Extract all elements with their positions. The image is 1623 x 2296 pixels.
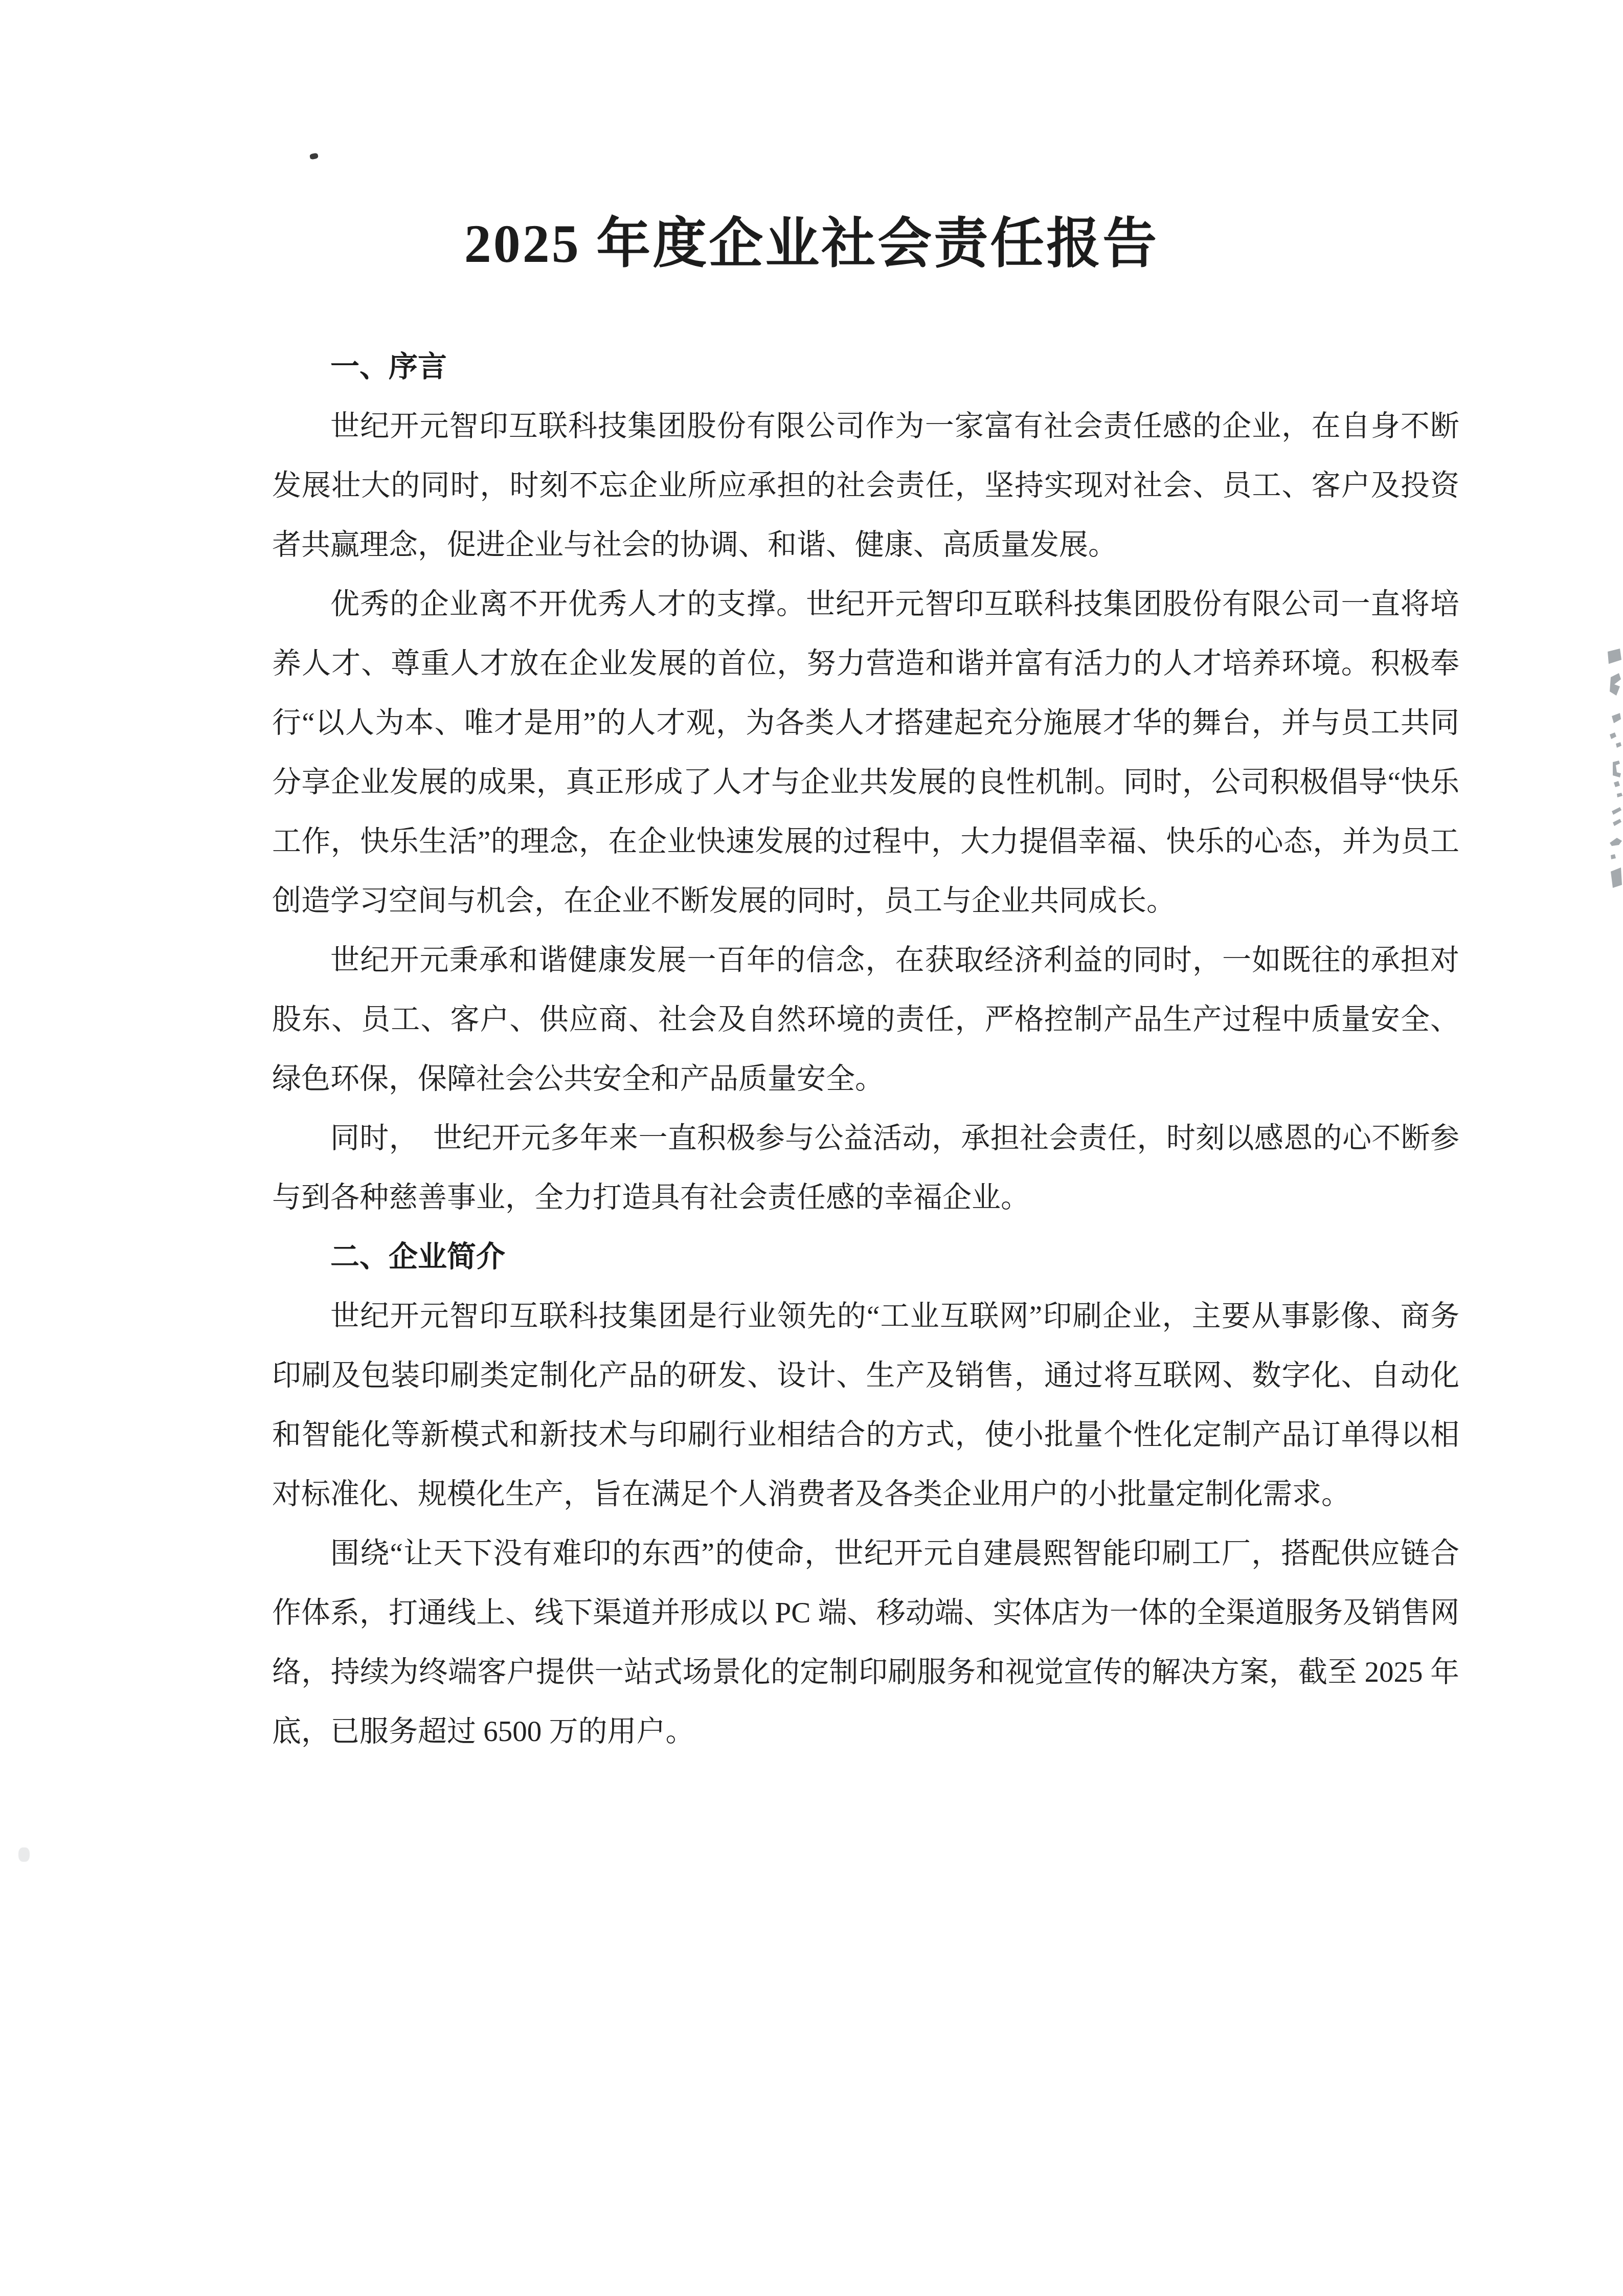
section-heading: 一、序言 <box>272 338 1459 397</box>
paragraph: 世纪开元智印互联科技集团股份有限公司作为一家富有社会责任感的企业，在自身不断发展… <box>272 397 1459 575</box>
paragraph: 世纪开元秉承和谐健康发展一百年的信念，在获取经济利益的同时，一如既往的承担对股东… <box>272 931 1459 1109</box>
left-edge-smudge-artifact <box>18 1847 30 1862</box>
document-body: 一、序言世纪开元智印互联科技集团股份有限公司作为一家富有社会责任感的企业，在自身… <box>272 338 1459 1762</box>
document-title: 2025 年度企业社会责任报告 <box>0 200 1623 287</box>
paragraph: 同时， 世纪开元多年来一直积极参与公益活动，承担社会责任，时刻以感恩的心不断参与… <box>272 1109 1459 1228</box>
section-heading: 二、企业简介 <box>272 1228 1459 1287</box>
paragraph: 优秀的企业离不开优秀人才的支撑。世纪开元智印互联科技集团股份有限公司一直将培养人… <box>272 575 1459 931</box>
document-page: 2025 年度企业社会责任报告 一、序言世纪开元智印互联科技集团股份有限公司作为… <box>0 0 1623 2296</box>
paragraph: 世纪开元智印互联科技集团是行业领先的“工业互联网”印刷企业，主要从事影像、商务印… <box>272 1287 1459 1524</box>
right-edge-scan-artifact <box>1590 649 1623 889</box>
scan-speck-artifact <box>309 152 319 160</box>
paragraph: 围绕“让天下没有难印的东西”的使命，世纪开元自建晨熙智能印刷工厂，搭配供应链合作… <box>272 1524 1459 1762</box>
